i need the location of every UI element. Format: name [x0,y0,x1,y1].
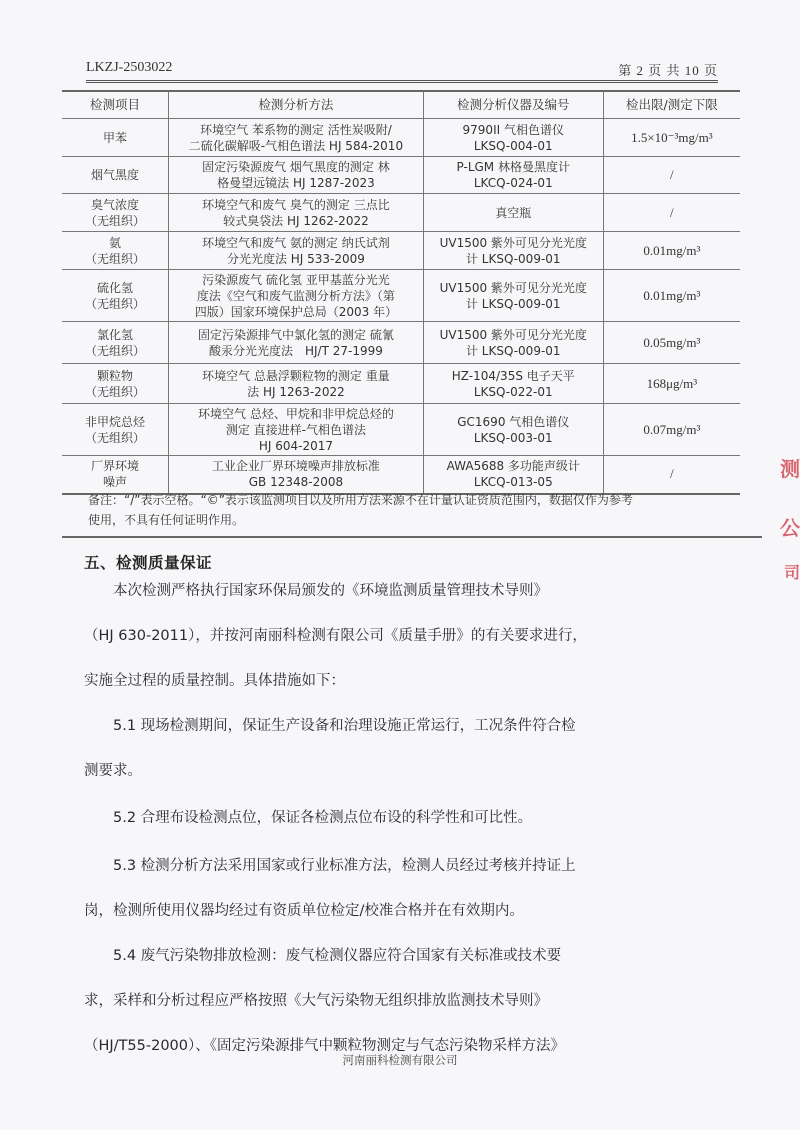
column-header-item: 检测项目 [62,91,169,119]
column-header-method: 检测分析方法 [169,91,424,119]
cell-method-line: 四版）国家环境保护总局（2003 年） [173,304,419,320]
column-header-limit: 检出限/测定下限 [603,91,740,119]
cell-item: 氨（无组织） [62,232,169,270]
cell-item: 硫化氢（无组织） [62,270,169,322]
report-number: LKZJ-2503022 [86,60,172,76]
cell-instrument-line: UV1500 紫外可见分光光度 [428,280,599,296]
page-header: LKZJ-2503022 第 2 页 共 10 页 [86,58,718,83]
cell-item-line: （无组织） [66,296,164,312]
cell-limit: / [603,157,740,194]
footer-company: 河南丽科检测有限公司 [0,1052,800,1068]
page-indicator: 第 2 页 共 10 页 [618,60,718,79]
cell-item-line: 氨 [66,235,164,251]
table-row: 颗粒物（无组织）环境空气 总悬浮颗粒物的测定 重量法 HJ 1263-2022H… [62,364,740,404]
cell-method-line: 工业企业厂界环境噪声排放标准 [173,458,419,474]
cell-instrument-line: LKCQ-013-05 [428,474,599,490]
methods-table: 检测项目 检测分析方法 检测分析仪器及编号 检出限/测定下限 甲苯环境空气 苯系… [62,90,740,495]
paragraph-line: 测要求。 [84,752,724,791]
cell-limit: / [603,194,740,232]
cell-instrument: AWA5688 多功能声级计LKCQ-013-05 [423,456,603,494]
paragraph-line: 5.2 合理布设检测点位，保证各检测点位布设的科学性和可比性。 [84,799,724,838]
cell-item-line: （无组织） [66,430,164,446]
cell-method-line: 固定污染源排气中氯化氢的测定 硫氰 [173,327,419,343]
cell-item: 非甲烷总烃（无组织） [62,404,169,456]
table-row: 氯化氢（无组织）固定污染源排气中氯化氢的测定 硫氰酸汞分光光度法 HJ/T 27… [62,322,740,364]
cell-item-line: 噪声 [66,474,164,490]
cell-method-line: 度法《空气和废气监测分析方法》（第 [173,288,419,304]
cell-instrument: UV1500 紫外可见分光光度计 LKSQ-009-01 [423,270,603,322]
cell-method-line: HJ 604-2017 [173,438,419,454]
cell-instrument-line: UV1500 紫外可见分光光度 [428,235,599,251]
table-header-row: 检测项目 检测分析方法 检测分析仪器及编号 检出限/测定下限 [62,91,740,119]
paragraph-line: 5.1 现场检测期间，保证生产设备和治理设施正常运行，工况条件符合检 [84,707,724,746]
cell-item: 甲苯 [62,119,169,157]
cell-instrument-line: 计 LKSQ-009-01 [428,343,599,359]
cell-limit: 1.5×10⁻³mg/m³ [603,119,740,157]
table-note: 备注：“/”表示空格。“©”表示该监测项目以及所用方法来源不在计量认证资质范围内… [88,490,748,530]
cell-instrument-line: P-LGM 林格曼黑度计 [428,159,599,175]
cell-instrument-line: LKSQ-003-01 [428,430,599,446]
cell-instrument: P-LGM 林格曼黑度计LKCQ-024-01 [423,157,603,194]
cell-method-line: 法 HJ 1263-2022 [173,384,419,400]
column-header-instrument: 检测分析仪器及编号 [423,91,603,119]
table-row: 厂界环境噪声工业企业厂界环境噪声排放标准GB 12348-2008AWA5688… [62,456,740,494]
cell-item-line: 甲苯 [66,130,164,146]
cell-method: 污染源废气 硫化氢 亚甲基蓝分光光度法《空气和废气监测分析方法》（第四版）国家环… [169,270,424,322]
cell-instrument-line: 9790II 气相色谱仪 [428,122,599,138]
table-row: 甲苯环境空气 苯系物的测定 活性炭吸附/二硫化碳解吸-气相色谱法 HJ 584-… [62,119,740,157]
cell-item: 颗粒物（无组织） [62,364,169,404]
cell-method: 环境空气 总悬浮颗粒物的测定 重量法 HJ 1263-2022 [169,364,424,404]
cell-limit: / [603,456,740,494]
cell-item: 臭气浓度（无组织） [62,194,169,232]
cell-instrument-line: 计 LKSQ-009-01 [428,251,599,267]
cell-method: 环境空气 总烃、甲烷和非甲烷总烃的测定 直接进样-气相色谱法HJ 604-201… [169,404,424,456]
paragraph-line: 求，采样和分析过程应严格按照《大气污染物无组织排放监测技术导则》 [84,982,724,1021]
table-row: 烟气黑度固定污染源废气 烟气黑度的测定 林格曼望远镜法 HJ 1287-2023… [62,157,740,194]
cell-method: 环境空气和废气 氨的测定 纳氏试剂分光光度法 HJ 533-2009 [169,232,424,270]
cell-method-line: 酸汞分光光度法 HJ/T 27-1999 [173,343,419,359]
table-row: 硫化氢（无组织）污染源废气 硫化氢 亚甲基蓝分光光度法《空气和废气监测分析方法》… [62,270,740,322]
cell-instrument-line: LKSQ-022-01 [428,384,599,400]
cell-item-line: 颗粒物 [66,368,164,384]
cell-method: 固定污染源废气 烟气黑度的测定 林格曼望远镜法 HJ 1287-2023 [169,157,424,194]
cell-instrument: GC1690 气相色谱仪LKSQ-003-01 [423,404,603,456]
table-body: 甲苯环境空气 苯系物的测定 活性炭吸附/二硫化碳解吸-气相色谱法 HJ 584-… [62,119,740,494]
cell-instrument: UV1500 紫外可见分光光度计 LKSQ-009-01 [423,232,603,270]
cell-method-line: 较式臭袋法 HJ 1262-2022 [173,213,419,229]
cell-method: 环境空气 苯系物的测定 活性炭吸附/二硫化碳解吸-气相色谱法 HJ 584-20… [169,119,424,157]
cell-instrument-line: HZ-104/35S 电子天平 [428,368,599,384]
cell-instrument-line: 真空瓶 [428,205,599,221]
cell-method-line: 污染源废气 硫化氢 亚甲基蓝分光光 [173,272,419,288]
cell-method-line: 环境空气 总悬浮颗粒物的测定 重量 [173,368,419,384]
stamp-fragment: 测 [780,453,800,482]
paragraph-line: （HJ 630-2011），并按河南丽科检测有限公司《质量手册》的有关要求进行， [84,617,724,656]
cell-method: 环境空气和废气 臭气的测定 三点比较式臭袋法 HJ 1262-2022 [169,194,424,232]
cell-instrument: 真空瓶 [423,194,603,232]
paragraph-line: 5.4 废气污染物排放检测：废气检测仪器应符合国家有关标准或技术要 [84,937,724,976]
cell-instrument: 9790II 气相色谱仪LKSQ-004-01 [423,119,603,157]
cell-instrument-line: UV1500 紫外可见分光光度 [428,327,599,343]
stamp-fragment: 公 [780,512,800,541]
cell-item-line: 烟气黑度 [66,167,164,183]
stamp-fragment: 司 [784,560,800,583]
cell-method-line: 分光光度法 HJ 533-2009 [173,251,419,267]
note-divider [62,536,762,538]
cell-instrument-line: 计 LKSQ-009-01 [428,296,599,312]
cell-item-line: 非甲烷总烃 [66,414,164,430]
cell-method-line: 二硫化碳解吸-气相色谱法 HJ 584-2010 [173,138,419,154]
cell-method-line: 格曼望远镜法 HJ 1287-2023 [173,175,419,191]
paragraph-line: 岗，检测所使用仪器均经过有资质单位检定/校准合格并在有效期内。 [84,892,724,931]
cell-method-line: 环境空气和废气 臭气的测定 三点比 [173,197,419,213]
section-heading: 五、检测质量保证 [84,551,212,573]
cell-limit: 0.01mg/m³ [603,270,740,322]
cell-method-line: 环境空气 总烃、甲烷和非甲烷总烃的 [173,406,419,422]
cell-instrument: HZ-104/35S 电子天平LKSQ-022-01 [423,364,603,404]
cell-method-line: 测定 直接进样-气相色谱法 [173,422,419,438]
document-page: LKZJ-2503022 第 2 页 共 10 页 检测项目 检测分析方法 检测… [0,0,800,1130]
note-line-1: 备注：“/”表示空格。“©”表示该监测项目以及所用方法来源不在计量认证资质范围内… [88,490,748,510]
note-line-2: 使用，不具有任何证明作用。 [88,510,748,530]
cell-item-line: 厂界环境 [66,458,164,474]
table-row: 氨（无组织）环境空气和废气 氨的测定 纳氏试剂分光光度法 HJ 533-2009… [62,232,740,270]
cell-item-line: 氯化氢 [66,327,164,343]
cell-method-line: 固定污染源废气 烟气黑度的测定 林 [173,159,419,175]
cell-item-line: （无组织） [66,343,164,359]
paragraph-line: 实施全过程的质量控制。具体措施如下： [84,662,724,701]
cell-item: 厂界环境噪声 [62,456,169,494]
cell-item: 氯化氢（无组织） [62,322,169,364]
cell-limit: 0.07mg/m³ [603,404,740,456]
cell-limit: 0.01mg/m³ [603,232,740,270]
cell-item-line: （无组织） [66,213,164,229]
paragraph-line: 本次检测严格执行国家环保局颁发的《环境监测质量管理技术导则》 [84,572,724,611]
cell-item-line: 臭气浓度 [66,197,164,213]
cell-instrument-line: AWA5688 多功能声级计 [428,458,599,474]
cell-limit: 0.05mg/m³ [603,322,740,364]
cell-instrument-line: LKCQ-024-01 [428,175,599,191]
cell-limit: 168μg/m³ [603,364,740,404]
cell-item-line: （无组织） [66,384,164,400]
cell-item-line: 硫化氢 [66,280,164,296]
table-row: 非甲烷总烃（无组织）环境空气 总烃、甲烷和非甲烷总烃的测定 直接进样-气相色谱法… [62,404,740,456]
paragraph-line: 5.3 检测分析方法采用国家或行业标准方法，检测人员经过考核并持证上 [84,847,724,886]
cell-instrument: UV1500 紫外可见分光光度计 LKSQ-009-01 [423,322,603,364]
cell-method-line: GB 12348-2008 [173,474,419,490]
cell-instrument-line: LKSQ-004-01 [428,138,599,154]
cell-item: 烟气黑度 [62,157,169,194]
table-row: 臭气浓度（无组织）环境空气和废气 臭气的测定 三点比较式臭袋法 HJ 1262-… [62,194,740,232]
cell-instrument-line: GC1690 气相色谱仪 [428,414,599,430]
cell-item-line: （无组织） [66,251,164,267]
cell-method-line: 环境空气 苯系物的测定 活性炭吸附/ [173,122,419,138]
cell-method: 固定污染源排气中氯化氢的测定 硫氰酸汞分光光度法 HJ/T 27-1999 [169,322,424,364]
cell-method: 工业企业厂界环境噪声排放标准GB 12348-2008 [169,456,424,494]
cell-method-line: 环境空气和废气 氨的测定 纳氏试剂 [173,235,419,251]
